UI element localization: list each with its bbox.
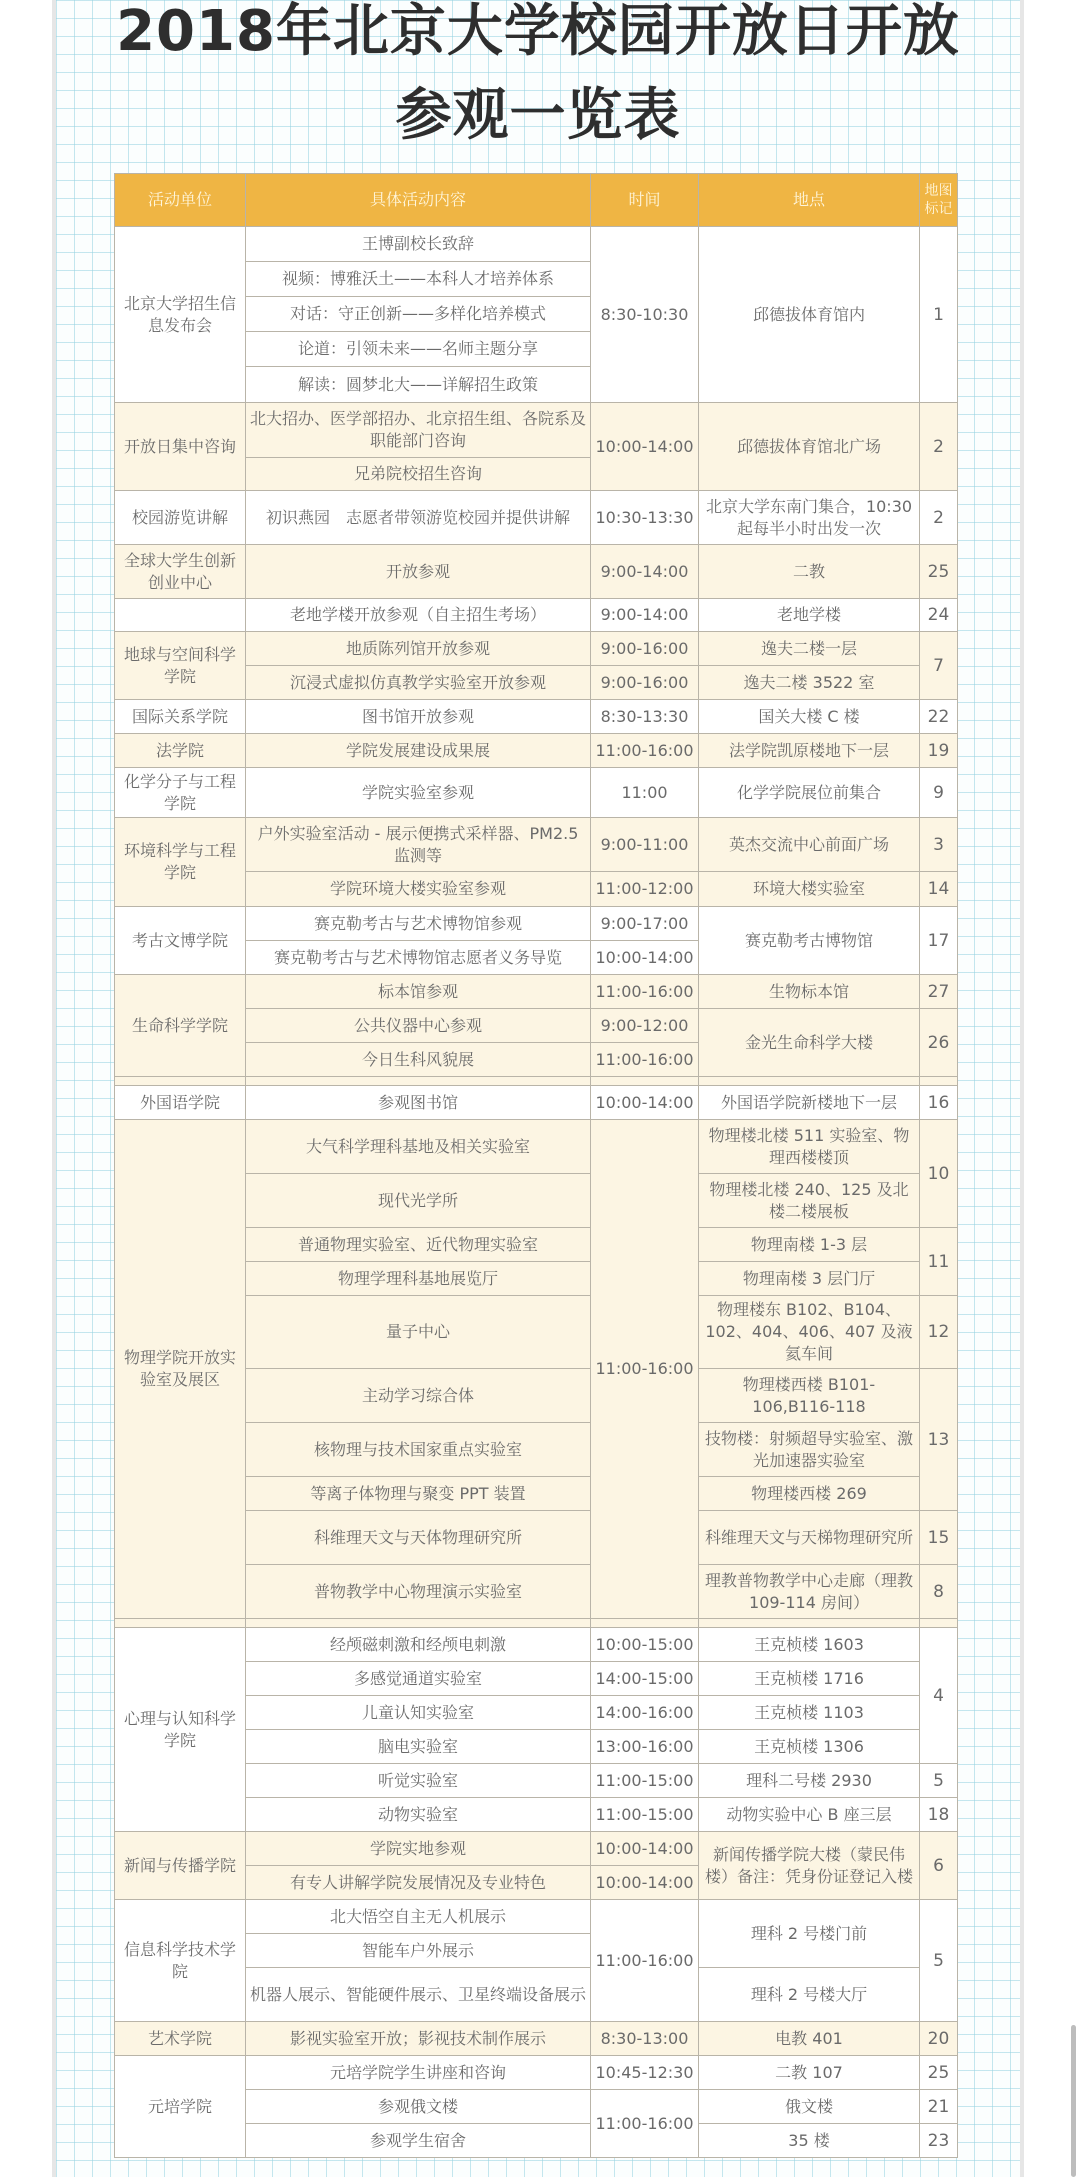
cell-content: 主动学习综合体 [246, 1369, 591, 1423]
cell-unit: 心理与认知科学学院 [115, 1628, 246, 1832]
cell-map: 13 [920, 1369, 958, 1511]
cell-location: 理科 2 号楼大厅 [699, 1968, 920, 2022]
table-row: 全球大学生创新创业中心 开放参观 9:00-14:00 二教 25 [115, 545, 958, 599]
cell-content: 学院实地参观 [246, 1832, 591, 1866]
table-separator-row [115, 1077, 958, 1086]
cell-content: 解读：圆梦北大——详解招生政策 [246, 367, 591, 403]
cell-map: 22 [920, 700, 958, 734]
cell-content: 量子中心 [246, 1296, 591, 1369]
page-title-line-2: 参观一览表 [52, 84, 1024, 148]
cell-content: 脑电实验室 [246, 1730, 591, 1764]
cell-location: 二教 107 [699, 2056, 920, 2090]
cell-location: 科维理天文与天梯物理研究所 [699, 1511, 920, 1565]
cell-location: 老地学楼 [699, 599, 920, 632]
cell-map: 15 [920, 1511, 958, 1565]
cell-location: 物理楼西楼 B101-106,B116-118 [699, 1369, 920, 1423]
table-row: 物理学院开放实验室及展区 大气科学理科基地及相关实验室 11:00-16:00 … [115, 1120, 958, 1174]
cell-content: 户外实验室活动 - 展示便携式采样器、PM2.5 监测等 [246, 818, 591, 872]
cell-map: 3 [920, 818, 958, 872]
cell-map: 16 [920, 1086, 958, 1120]
cell-map: 1 [920, 227, 958, 403]
cell-content: 参观图书馆 [246, 1086, 591, 1120]
cell-time: 13:00-16:00 [591, 1730, 699, 1764]
cell-time: 11:00-16:00 [591, 2090, 699, 2158]
cell-unit: 考古文博学院 [115, 907, 246, 975]
table-row: 生命科学学院 标本馆参观 11:00-16:00 生物标本馆 27 [115, 975, 958, 1009]
cell-content: 学院发展建设成果展 [246, 734, 591, 768]
cell-content: 参观学生宿舍 [246, 2124, 591, 2158]
cell-map: 9 [920, 768, 958, 818]
cell-map: 26 [920, 1009, 958, 1077]
cell-map: 5 [920, 1900, 958, 2022]
cell-unit: 元培学院 [115, 2056, 246, 2158]
cell-location: 国关大楼 C 楼 [699, 700, 920, 734]
cell-content: 北大悟空自主无人机展示 [246, 1900, 591, 1934]
table-row: 外国语学院 参观图书馆 10:00-14:00 外国语学院新楼地下一层 16 [115, 1086, 958, 1120]
cell-location: 逸夫二楼一层 [699, 632, 920, 666]
cell-content: 核物理与技术国家重点实验室 [246, 1423, 591, 1477]
table-header-row: 活动单位 具体活动内容 时间 地点 地图标记 [115, 174, 958, 227]
cell-time: 14:00-15:00 [591, 1662, 699, 1696]
cell-time: 11:00-15:00 [591, 1798, 699, 1832]
table-row: 信息科学技术学院 北大悟空自主无人机展示 11:00-16:00 理科 2 号楼… [115, 1900, 958, 1934]
cell-time: 9:00-12:00 [591, 1009, 699, 1043]
table-row: 北京大学招生信息发布会 王博副校长致辞 8:30-10:30 邱德拔体育馆内 1 [115, 227, 958, 262]
table-row: 考古文博学院 赛克勒考古与艺术博物馆参观 9:00-17:00 赛克勒考古博物馆… [115, 907, 958, 941]
cell-unit: 艺术学院 [115, 2022, 246, 2056]
cell-unit: 生命科学学院 [115, 975, 246, 1077]
cell-map: 19 [920, 734, 958, 768]
cell-location: 王克桢楼 1103 [699, 1696, 920, 1730]
cell-content: 多感觉通道实验室 [246, 1662, 591, 1696]
cell-content: 今日生科风貌展 [246, 1043, 591, 1077]
cell-location: 理科二号楼 2930 [699, 1764, 920, 1798]
table-row: 心理与认知科学学院 经颅磁刺激和经颅电刺激 10:00-15:00 王克桢楼 1… [115, 1628, 958, 1662]
cell-content: 普通物理实验室、近代物理实验室 [246, 1228, 591, 1262]
cell-location: 生物标本馆 [699, 975, 920, 1009]
cell-map: 2 [920, 491, 958, 545]
page-title-line-1: 2018年北京大学校园开放日开放 [52, 0, 1024, 64]
cell-time: 10:00-14:00 [591, 1866, 699, 1900]
cell-time: 10:00-14:00 [591, 941, 699, 975]
cell-time: 8:30-13:30 [591, 700, 699, 734]
cell-location: 动物实验中心 B 座三层 [699, 1798, 920, 1832]
cell-unit: 开放日集中咨询 [115, 403, 246, 491]
cell-content: 老地学楼开放参观（自主招生考场） [246, 599, 591, 632]
table-separator-row [115, 1619, 958, 1628]
cell-content: 儿童认知实验室 [246, 1696, 591, 1730]
cell-location: 赛克勒考古博物馆 [699, 907, 920, 975]
cell-location: 二教 [699, 545, 920, 599]
cell-map: 11 [920, 1228, 958, 1296]
cell-content: 初识燕园 志愿者带领游览校园并提供讲解 [246, 491, 591, 545]
header-unit: 活动单位 [115, 174, 246, 227]
table-row: 法学院 学院发展建设成果展 11:00-16:00 法学院凯原楼地下一层 19 [115, 734, 958, 768]
table-row: 化学分子与工程学院 学院实验室参观 11:00 化学学院展位前集合 9 [115, 768, 958, 818]
cell-location: 邱德拔体育馆内 [699, 227, 920, 403]
cell-map: 14 [920, 872, 958, 907]
cell-content: 大气科学理科基地及相关实验室 [246, 1120, 591, 1174]
cell-time: 11:00-16:00 [591, 734, 699, 768]
cell-location: 电教 401 [699, 2022, 920, 2056]
cell-unit: 地球与空间科学学院 [115, 632, 246, 700]
table-row: 元培学院 元培学院学生讲座和咨询 10:45-12:30 二教 107 25 [115, 2056, 958, 2090]
cell-location: 理教普物教学中心走廊（理教 109-114 房间） [699, 1565, 920, 1619]
cell-time: 14:00-16:00 [591, 1696, 699, 1730]
cell-content: 图书馆开放参观 [246, 700, 591, 734]
cell-unit: 法学院 [115, 734, 246, 768]
cell-map: 4 [920, 1628, 958, 1764]
cell-content: 现代光学所 [246, 1174, 591, 1228]
cell-content: 论道：引领未来——名师主题分享 [246, 332, 591, 367]
cell-location: 化学学院展位前集合 [699, 768, 920, 818]
cell-unit: 新闻与传播学院 [115, 1832, 246, 1900]
cell-content: 赛克勒考古与艺术博物馆志愿者义务导览 [246, 941, 591, 975]
cell-unit: 校园游览讲解 [115, 491, 246, 545]
cell-location: 北京大学东南门集合，10:30 起每半小时出发一次 [699, 491, 920, 545]
cell-content: 兄弟院校招生咨询 [246, 458, 591, 491]
cell-content: 赛克勒考古与艺术博物馆参观 [246, 907, 591, 941]
cell-time: 9:00-14:00 [591, 599, 699, 632]
cell-location: 物理楼北楼 240、125 及北楼二楼展板 [699, 1174, 920, 1228]
cell-location: 俄文楼 [699, 2090, 920, 2124]
cell-location: 理科 2 号楼门前 [699, 1900, 920, 1968]
header-time: 时间 [591, 174, 699, 227]
cell-time: 9:00-17:00 [591, 907, 699, 941]
cell-unit: 全球大学生创新创业中心 [115, 545, 246, 599]
cell-content: 影视实验室开放；影视技术制作展示 [246, 2022, 591, 2056]
table-row: 环境科学与工程学院 户外实验室活动 - 展示便携式采样器、PM2.5 监测等 9… [115, 818, 958, 872]
cell-content: 参观俄文楼 [246, 2090, 591, 2124]
table-row: 新闻与传播学院 学院实地参观 10:00-14:00 新闻传播学院大楼（蒙民伟楼… [115, 1832, 958, 1866]
cell-time: 10:00-15:00 [591, 1628, 699, 1662]
table-row: 开放日集中咨询 北大招办、医学部招办、北京招生组、各院系及职能部门咨询 10:0… [115, 403, 958, 458]
cell-location: 王克桢楼 1603 [699, 1628, 920, 1662]
cell-content: 科维理天文与天体物理研究所 [246, 1511, 591, 1565]
cell-time: 9:00-16:00 [591, 666, 699, 700]
cell-location: 环境大楼实验室 [699, 872, 920, 907]
cell-content: 元培学院学生讲座和咨询 [246, 2056, 591, 2090]
cell-content: 沉浸式虚拟仿真教学实验室开放参观 [246, 666, 591, 700]
cell-location: 邱德拔体育馆北广场 [699, 403, 920, 491]
table-row: 国际关系学院 图书馆开放参观 8:30-13:30 国关大楼 C 楼 22 [115, 700, 958, 734]
cell-map: 12 [920, 1296, 958, 1369]
cell-location: 物理楼西楼 269 [699, 1477, 920, 1511]
cell-location: 技物楼：射频超导实验室、激光加速器实验室 [699, 1423, 920, 1477]
cell-map: 18 [920, 1798, 958, 1832]
cell-content: 公共仪器中心参观 [246, 1009, 591, 1043]
cell-map: 20 [920, 2022, 958, 2056]
cell-content: 有专人讲解学院发展情况及专业特色 [246, 1866, 591, 1900]
cell-unit: 外国语学院 [115, 1086, 246, 1120]
cell-location: 王克桢楼 1306 [699, 1730, 920, 1764]
cell-time: 10:00-14:00 [591, 1086, 699, 1120]
cell-unit [115, 599, 246, 632]
cell-map: 10 [920, 1120, 958, 1228]
cell-time: 11:00-15:00 [591, 1764, 699, 1798]
cell-unit: 国际关系学院 [115, 700, 246, 734]
cell-time: 9:00-14:00 [591, 545, 699, 599]
cell-time: 10:00-14:00 [591, 1832, 699, 1866]
cell-unit: 环境科学与工程学院 [115, 818, 246, 907]
cell-map: 5 [920, 1764, 958, 1798]
page-scrollbar[interactable] [1071, 2025, 1076, 2177]
cell-map: 21 [920, 2090, 958, 2124]
cell-time: 10:30-13:30 [591, 491, 699, 545]
cell-content: 开放参观 [246, 545, 591, 599]
cell-location: 王克桢楼 1716 [699, 1662, 920, 1696]
cell-time: 11:00-12:00 [591, 872, 699, 907]
open-day-schedule-table: 活动单位 具体活动内容 时间 地点 地图标记 北京大学招生信息发布会 王博副校长… [114, 173, 958, 2158]
cell-map: 23 [920, 2124, 958, 2158]
cell-location: 物理楼东 B102、B104、102、404、406、407 及液氦车间 [699, 1296, 920, 1369]
cell-content: 王博副校长致辞 [246, 227, 591, 262]
cell-map: 24 [920, 599, 958, 632]
cell-map: 2 [920, 403, 958, 491]
cell-content: 学院实验室参观 [246, 768, 591, 818]
table-row: 艺术学院 影视实验室开放；影视技术制作展示 8:30-13:00 电教 401 … [115, 2022, 958, 2056]
cell-unit: 化学分子与工程学院 [115, 768, 246, 818]
cell-time: 11:00-16:00 [591, 1900, 699, 2022]
table-row: 老地学楼开放参观（自主招生考场） 9:00-14:00 老地学楼 24 [115, 599, 958, 632]
cell-content: 北大招办、医学部招办、北京招生组、各院系及职能部门咨询 [246, 403, 591, 458]
cell-location: 35 楼 [699, 2124, 920, 2158]
cell-map: 6 [920, 1832, 958, 1900]
cell-location: 英杰交流中心前面广场 [699, 818, 920, 872]
cell-time: 8:30-13:00 [591, 2022, 699, 2056]
cell-map: 27 [920, 975, 958, 1009]
cell-map: 25 [920, 2056, 958, 2090]
table-row: 校园游览讲解 初识燕园 志愿者带领游览校园并提供讲解 10:30-13:30 北… [115, 491, 958, 545]
cell-content: 地质陈列馆开放参观 [246, 632, 591, 666]
cell-unit: 北京大学招生信息发布会 [115, 227, 246, 403]
cell-time: 11:00-16:00 [591, 1043, 699, 1077]
cell-content: 物理学理科基地展览厅 [246, 1262, 591, 1296]
cell-unit: 物理学院开放实验室及展区 [115, 1120, 246, 1619]
cell-unit: 信息科学技术学院 [115, 1900, 246, 2022]
cell-content: 普物教学中心物理演示实验室 [246, 1565, 591, 1619]
cell-time: 10:45-12:30 [591, 2056, 699, 2090]
cell-time: 11:00 [591, 768, 699, 818]
cell-location: 物理南楼 3 层门厅 [699, 1262, 920, 1296]
cell-time: 8:30-10:30 [591, 227, 699, 403]
cell-map: 8 [920, 1565, 958, 1619]
cell-time: 9:00-11:00 [591, 818, 699, 872]
cell-map: 17 [920, 907, 958, 975]
cell-map: 7 [920, 632, 958, 700]
cell-location: 外国语学院新楼地下一层 [699, 1086, 920, 1120]
cell-time: 11:00-16:00 [591, 1120, 699, 1619]
table-row: 地球与空间科学学院 地质陈列馆开放参观 9:00-16:00 逸夫二楼一层 7 [115, 632, 958, 666]
cell-location: 物理楼北楼 511 实验室、物理西楼楼顶 [699, 1120, 920, 1174]
cell-time: 10:00-14:00 [591, 403, 699, 491]
header-content: 具体活动内容 [246, 174, 591, 227]
cell-location: 逸夫二楼 3522 室 [699, 666, 920, 700]
cell-content: 对话：守正创新——多样化培养模式 [246, 297, 591, 332]
cell-content: 视频：博雅沃土——本科人才培养体系 [246, 262, 591, 297]
cell-time: 11:00-16:00 [591, 975, 699, 1009]
cell-content: 学院环境大楼实验室参观 [246, 872, 591, 907]
cell-location: 金光生命科学大楼 [699, 1009, 920, 1077]
cell-location: 新闻传播学院大楼（蒙民伟楼）备注：凭身份证登记入楼 [699, 1832, 920, 1900]
header-location: 地点 [699, 174, 920, 227]
header-map-mark: 地图标记 [920, 174, 958, 227]
cell-content: 听觉实验室 [246, 1764, 591, 1798]
cell-time: 9:00-16:00 [591, 632, 699, 666]
cell-content: 经颅磁刺激和经颅电刺激 [246, 1628, 591, 1662]
cell-content: 动物实验室 [246, 1798, 591, 1832]
cell-content: 等离子体物理与聚变 PPT 装置 [246, 1477, 591, 1511]
cell-content: 机器人展示、智能硬件展示、卫星终端设备展示 [246, 1968, 591, 2022]
cell-content: 智能车户外展示 [246, 1934, 591, 1968]
cell-map: 25 [920, 545, 958, 599]
cell-content: 标本馆参观 [246, 975, 591, 1009]
cell-location: 法学院凯原楼地下一层 [699, 734, 920, 768]
cell-location: 物理南楼 1-3 层 [699, 1228, 920, 1262]
